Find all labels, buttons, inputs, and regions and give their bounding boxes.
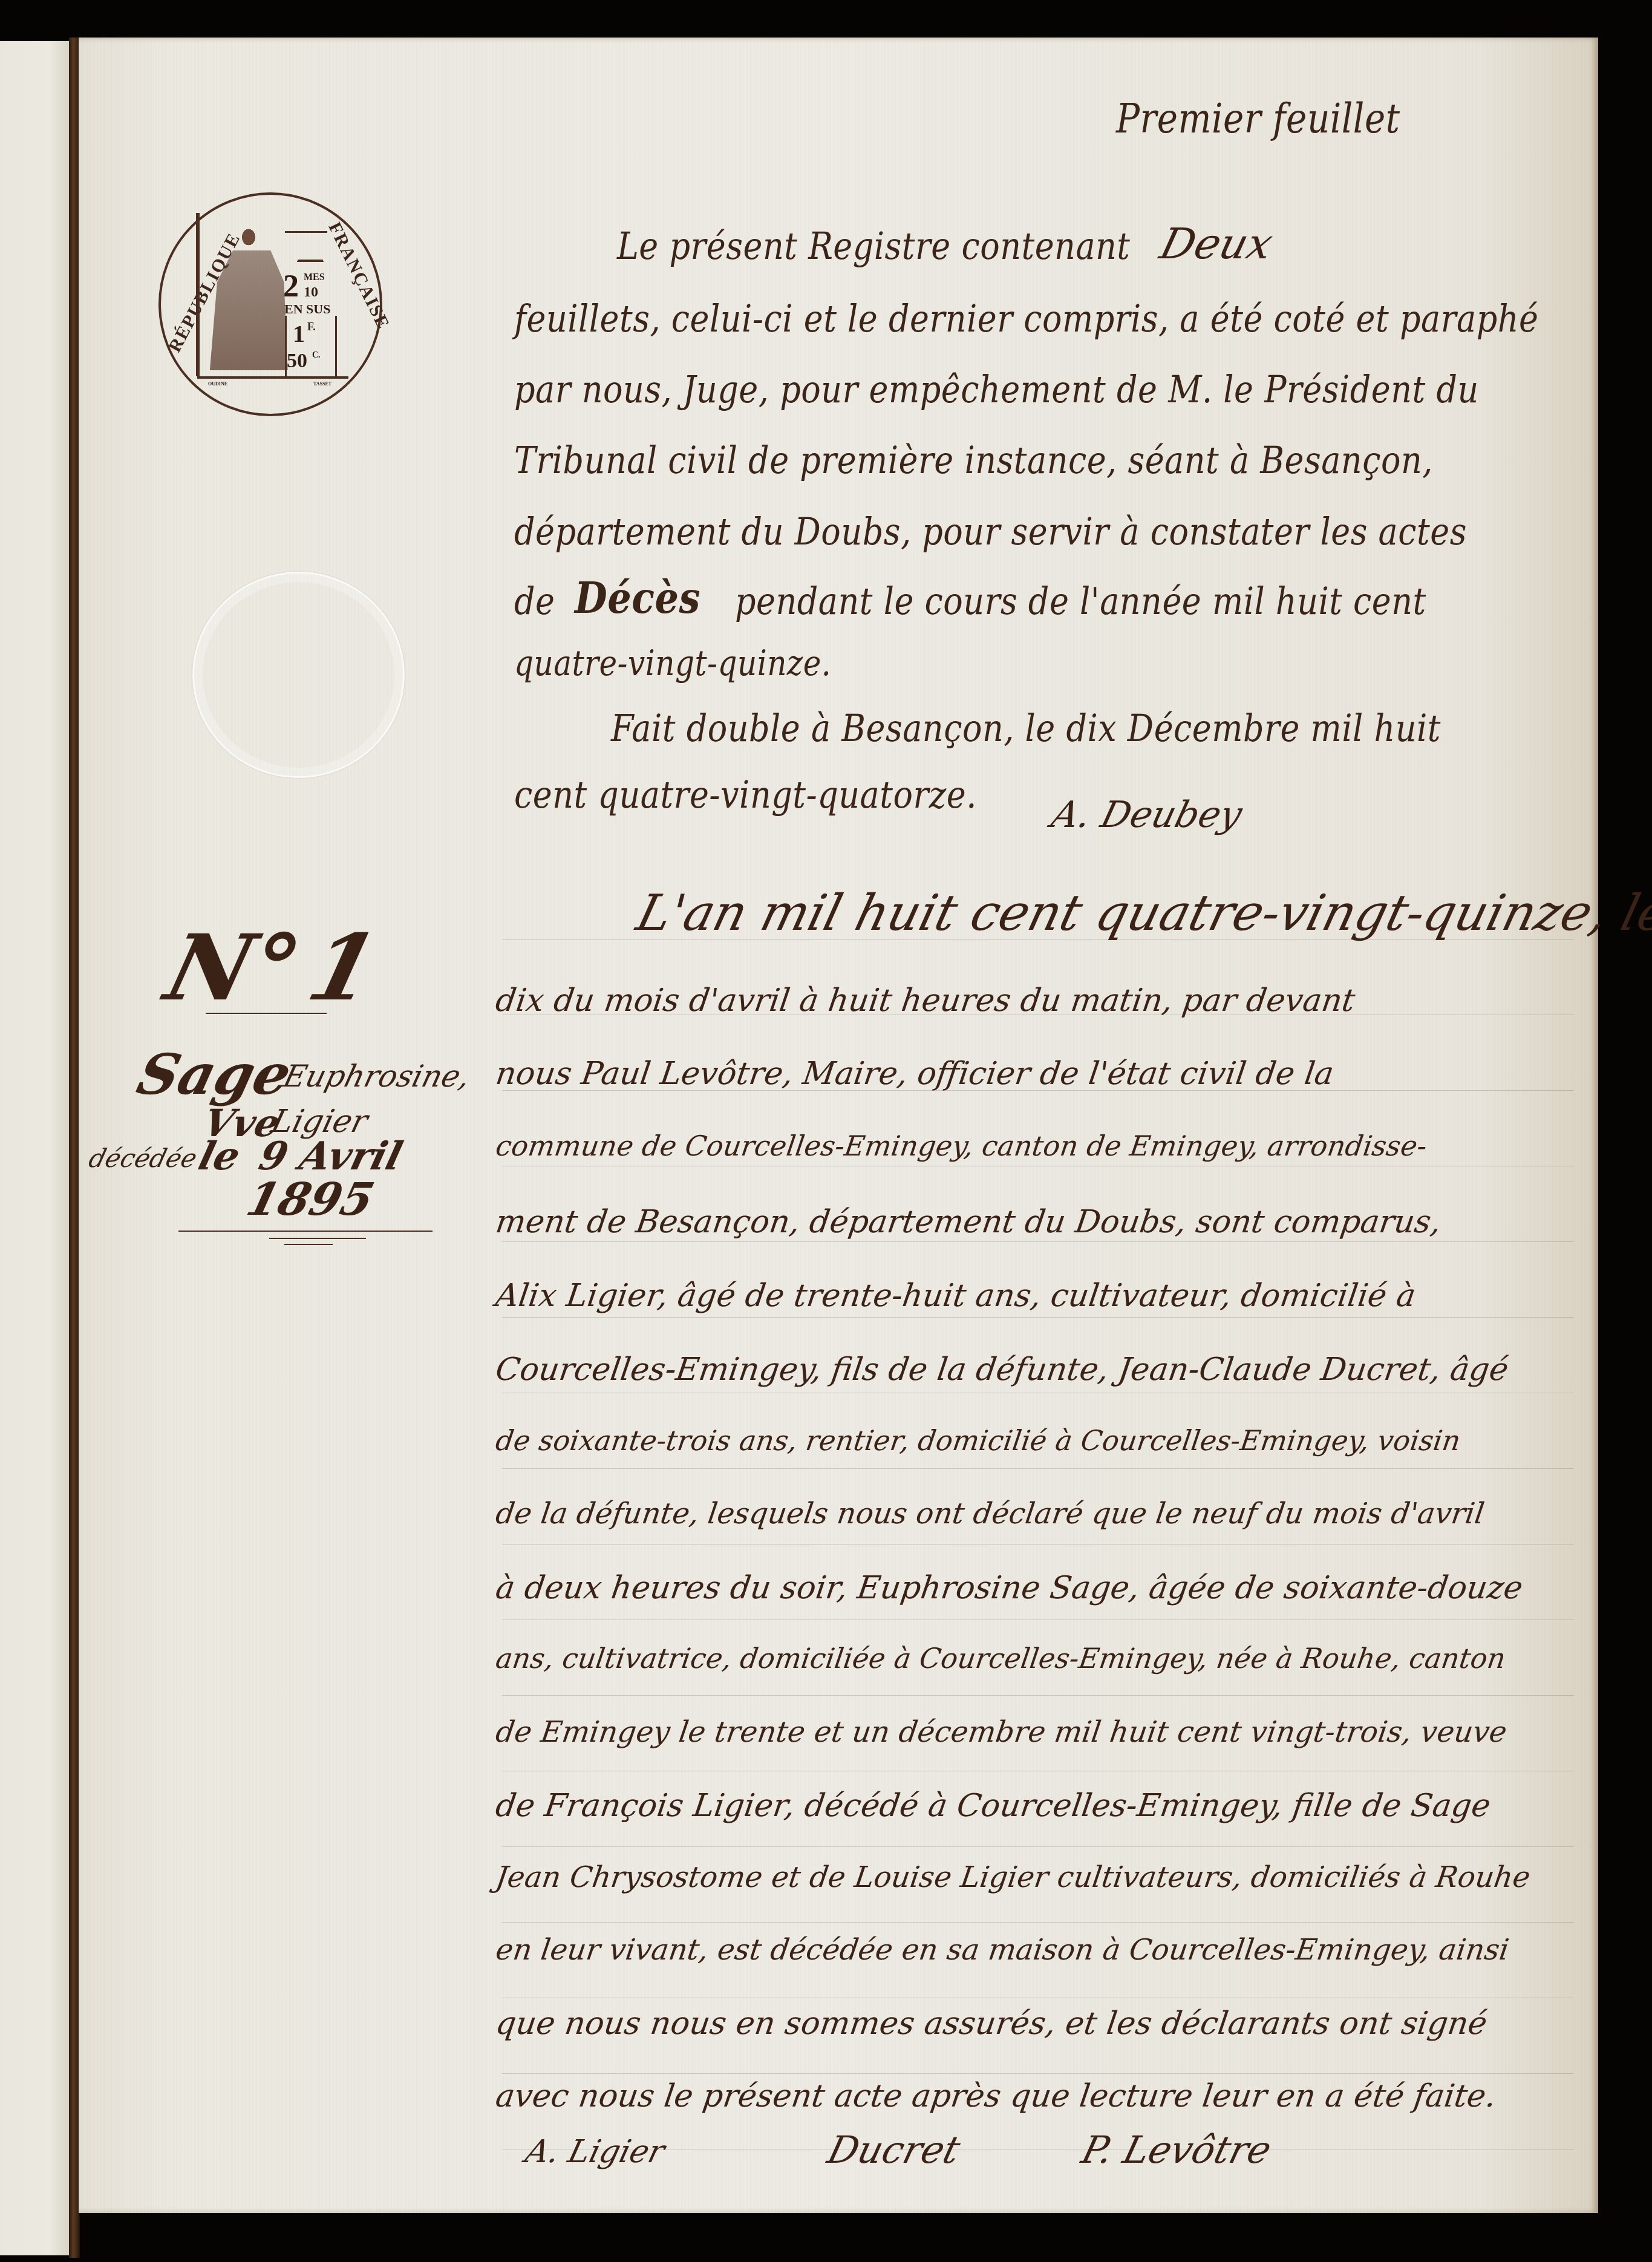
act-line-4: commune de Courcelles-Emingey, canton de… (494, 1129, 1429, 1162)
ruled-line (502, 1544, 1574, 1545)
header-line-6: pendant le cours de l'année mil huit cen… (735, 580, 1426, 623)
stamp-surtax-superscript: MES (304, 272, 325, 283)
header-line-1: Le présent Registre contenant (617, 224, 1131, 268)
scales-icon (285, 231, 327, 263)
stamp-base (197, 376, 348, 379)
ruled-line (502, 1166, 1574, 1166)
stamp-price-francs: 1 (293, 319, 305, 348)
act-line-9: de la défunte, lesquels nous ont déclaré… (494, 1497, 1486, 1531)
ruled-line (502, 1998, 1574, 1998)
death-year: 1895 (241, 1174, 379, 1226)
signature-declarant-1: A. Ligier (522, 2134, 668, 2170)
ruled-line (502, 1241, 1574, 1242)
act-line-16: que nous nous en sommes assurés, et les … (494, 2005, 1489, 2042)
ruled-line (502, 1922, 1574, 1923)
stamp-price-francs-unit: F. (307, 321, 316, 333)
margin-underline (178, 1231, 433, 1232)
ruled-line (502, 2073, 1574, 2074)
act-line-10: à deux heures du soir, Euphrosine Sage, … (494, 1570, 1525, 1606)
stamp-surtax-label: EN SUS (284, 301, 330, 317)
ruled-line (502, 1317, 1574, 1318)
act-line-13: de François Ligier, décédé à Courcelles-… (494, 1788, 1493, 1824)
ruled-line (502, 1846, 1574, 1847)
act-number-prefix: N° (156, 915, 311, 1021)
margin-underline (284, 1244, 333, 1245)
signature-mayor: P. Levôtre (1077, 2128, 1276, 2172)
stamp-surtax-fraction: 10 (304, 284, 318, 301)
embossed-seal (192, 572, 405, 778)
header-line-7: quatre-vingt-quinze. (514, 643, 831, 684)
ruled-line (502, 1620, 1574, 1620)
stamp-engraver-right: TASSET (313, 381, 331, 387)
act-type: Décès (575, 572, 700, 623)
facing-page-edge (0, 41, 70, 2255)
header-line-8: Fait double à Besançon, le dix Décembre … (611, 707, 1441, 750)
act-line-8: de soixante-trois ans, rentier, domicili… (494, 1424, 1463, 1457)
fiscal-stamp: RÉPUBLIQUE FRANÇAISE 2 MES 10 EN SUS 1 F… (158, 192, 382, 416)
deceased-surname: Sage (131, 1042, 298, 1107)
act-line-5: ment de Besançon, département du Doubs, … (494, 1204, 1443, 1240)
header-line-5: département du Doubs, pour servir à cons… (514, 510, 1467, 554)
act-line-12: de Emingey le trente et un décembre mil … (494, 1715, 1509, 1749)
act-line-15: en leur vivant, est décédée en sa maison… (494, 1933, 1511, 1967)
act-line-6: Alix Ligier, âgé de trente-huit ans, cul… (494, 1278, 1418, 1314)
margin-divider (206, 1013, 327, 1014)
act-line-3: nous Paul Levôtre, Maire, officier de l'… (494, 1056, 1336, 1092)
act-line-1: L'an mil huit cent quatre-vingt-quinze, … (631, 884, 1652, 942)
deceased-given-name: Euphrosine, (280, 1059, 474, 1094)
header-line-2: feuillets, celui-ci et le dernier compri… (514, 297, 1538, 341)
page-label: Premier feuillet (1116, 95, 1400, 142)
ruled-line (502, 1393, 1574, 1393)
header-line-4: Tribunal civil de première instance, séa… (514, 439, 1433, 482)
margin-underline (269, 1238, 366, 1239)
act-line-11: ans, cultivatrice, domiciliée à Courcell… (494, 1642, 1507, 1675)
death-date: 9 Avril (255, 1134, 407, 1179)
stamp-price-centimes: 50 (287, 350, 307, 373)
judge-signature: A. Deubey (1047, 794, 1246, 836)
signature-declarant-2: Ducret (823, 2128, 965, 2172)
register-page: Premier feuillet RÉPUBLIQUE FRANÇAISE 2 … (79, 38, 1598, 2213)
ruled-line (502, 1468, 1574, 1469)
deceased-label: décédée (86, 1143, 200, 1173)
handwritten-leaf-count: Deux (1155, 219, 1278, 269)
header-line-6-prefix: de (514, 580, 555, 623)
act-line-17: avec nous le présent acte après que lect… (494, 2078, 1498, 2114)
stamp-price-centimes-unit: C. (312, 351, 321, 361)
stamp-engraver-left: OUDINE (208, 381, 227, 387)
stamp-staff-icon (196, 213, 200, 376)
stamp-surtax-number: 2 (283, 269, 299, 304)
act-line-7: Courcelles-Emingey, fils de la défunte, … (494, 1352, 1510, 1388)
act-number: 1 (298, 915, 388, 1021)
header-line-9: cent quatre-vingt-quatorze. (514, 773, 977, 817)
ruled-line (502, 1771, 1574, 1771)
act-line-14: Jean Chrysostome et de Louise Ligier cul… (494, 1860, 1532, 1894)
act-line-2: dix du mois d'avril à huit heures du mat… (494, 982, 1357, 1019)
header-line-3: par nous, Juge, pour empêchement de M. l… (514, 368, 1479, 411)
ruled-line (502, 1695, 1574, 1696)
